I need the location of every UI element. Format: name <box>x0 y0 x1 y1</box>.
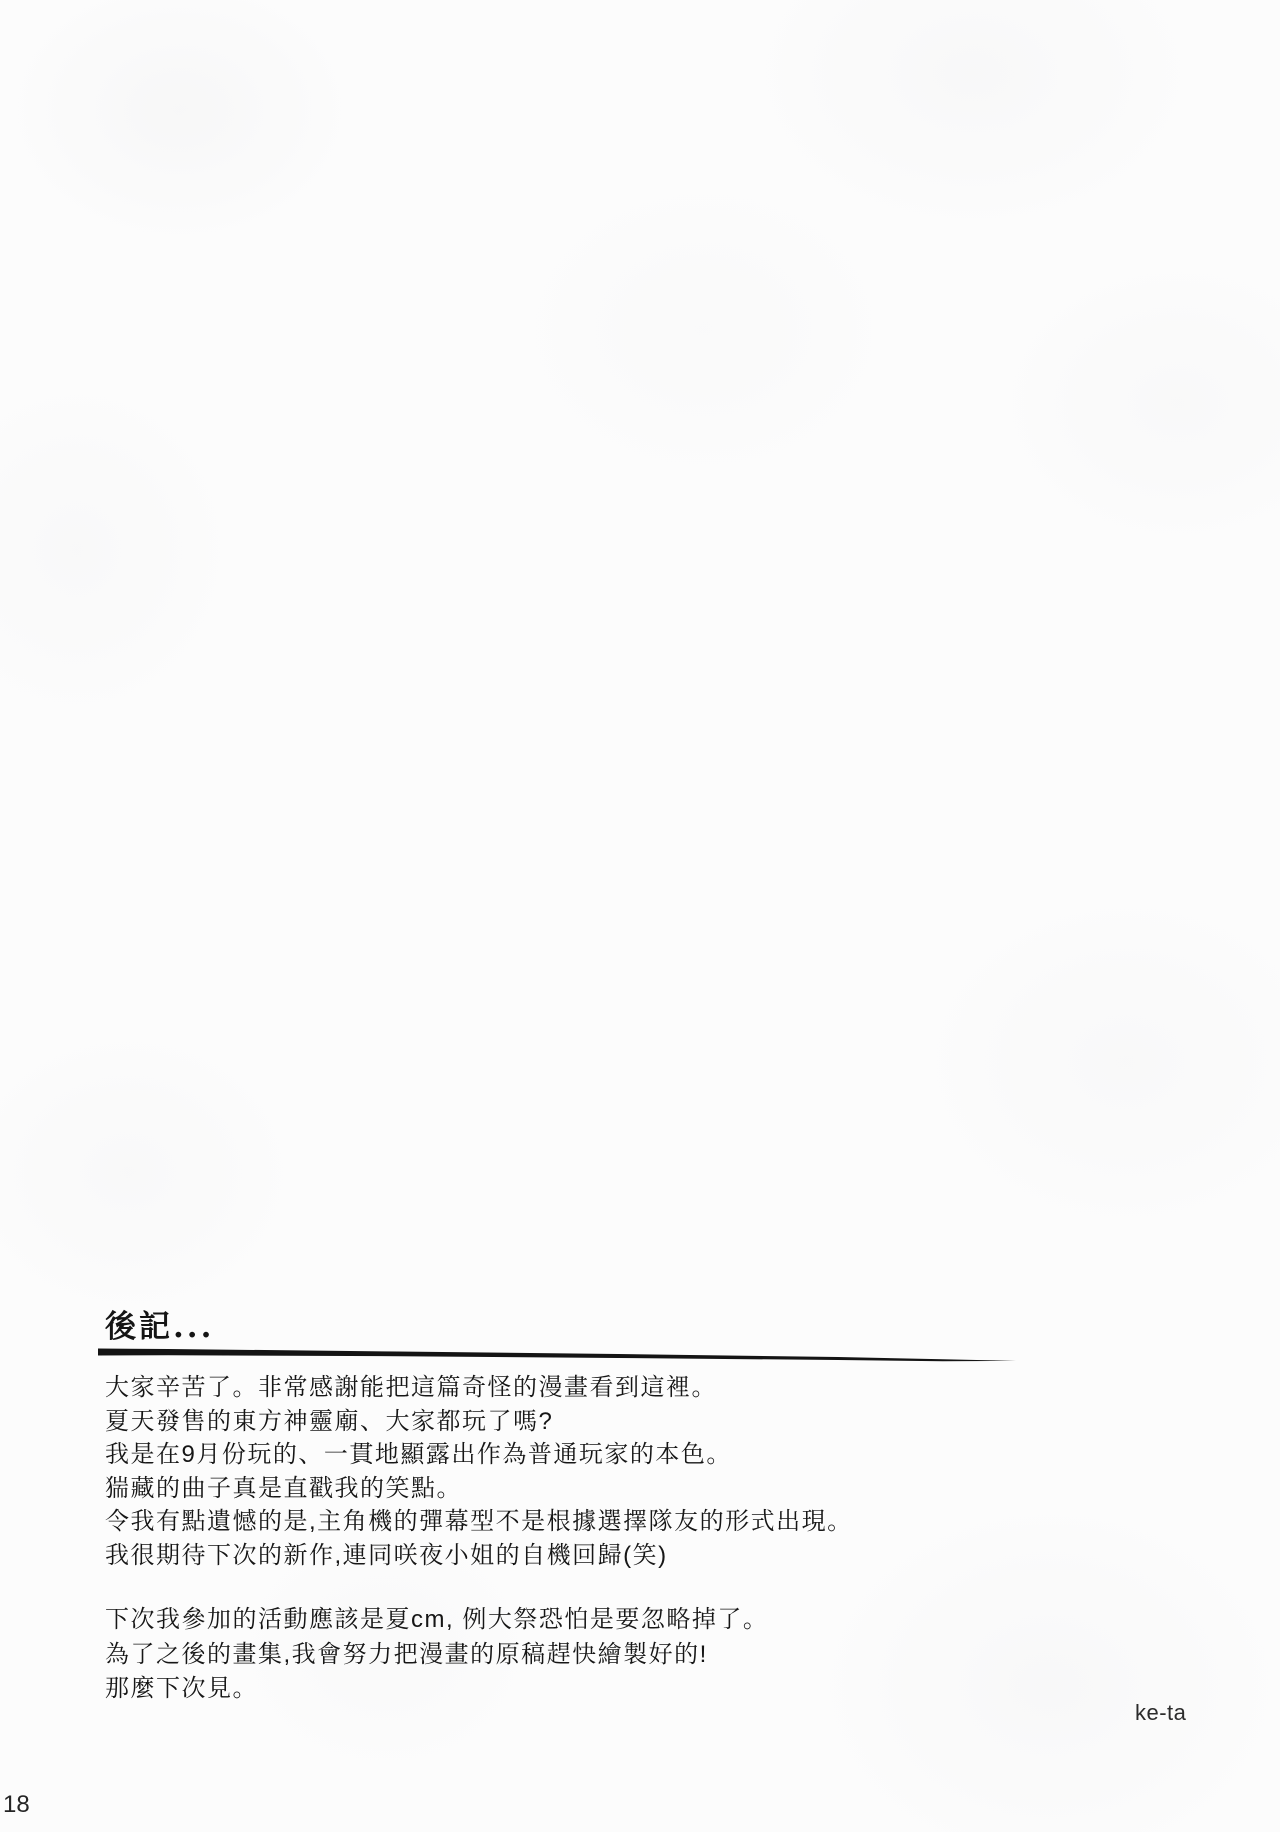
afterword-line: 夏天發售的東方神靈廟、大家都玩了嗎? <box>105 1405 1205 1439</box>
afterword-line: 猯藏的曲子真是直戳我的笑點。 <box>105 1472 1205 1506</box>
afterword-paragraph-1: 大家辛苦了。非常感謝能把這篇奇怪的漫畫看到這裡。 夏天發售的東方神靈廟、大家都玩… <box>105 1371 1205 1572</box>
afterword-title: 後記... <box>105 1312 214 1343</box>
afterword-line: 我很期待下次的新作,連同咲夜小姐的自機回歸(笑) <box>105 1539 1205 1573</box>
afterword-paragraph-2: 下次我參加的活動應該是夏cm, 例大祭恐怕是要忽略掉了。 為了之後的畫集,我會努… <box>105 1603 1205 1707</box>
afterword-body: 大家辛苦了。非常感謝能把這篇奇怪的漫畫看到這裡。 夏天發售的東方神靈廟、大家都玩… <box>105 1371 1205 1707</box>
afterword-line: 大家辛苦了。非常感謝能把這篇奇怪的漫畫看到這裡。 <box>105 1371 1205 1405</box>
afterword-line: 為了之後的畫集,我會努力把漫畫的原稿趕快繪製好的! <box>105 1638 1205 1673</box>
afterword-line: 下次我參加的活動應該是夏cm, 例大祭恐怕是要忽略掉了。 <box>105 1603 1205 1638</box>
afterword-line: 令我有點遺憾的是,主角機的彈幕型不是根據選擇隊友的形式出現。 <box>105 1505 1205 1539</box>
afterword-line: 我是在9月份玩的、一貫地顯露出作為普通玩家的本色。 <box>105 1438 1205 1472</box>
page-number: 18 <box>3 1791 30 1819</box>
afterword-line: 那麼下次見。 <box>105 1672 1205 1707</box>
artist-signature: ke-ta <box>1135 1700 1186 1726</box>
title-underline-brush-stroke <box>98 1346 1020 1366</box>
afterword-page: 後記... 大家辛苦了。非常感謝能把這篇奇怪的漫畫看到這裡。 夏天發售的東方神靈… <box>0 0 1280 1832</box>
